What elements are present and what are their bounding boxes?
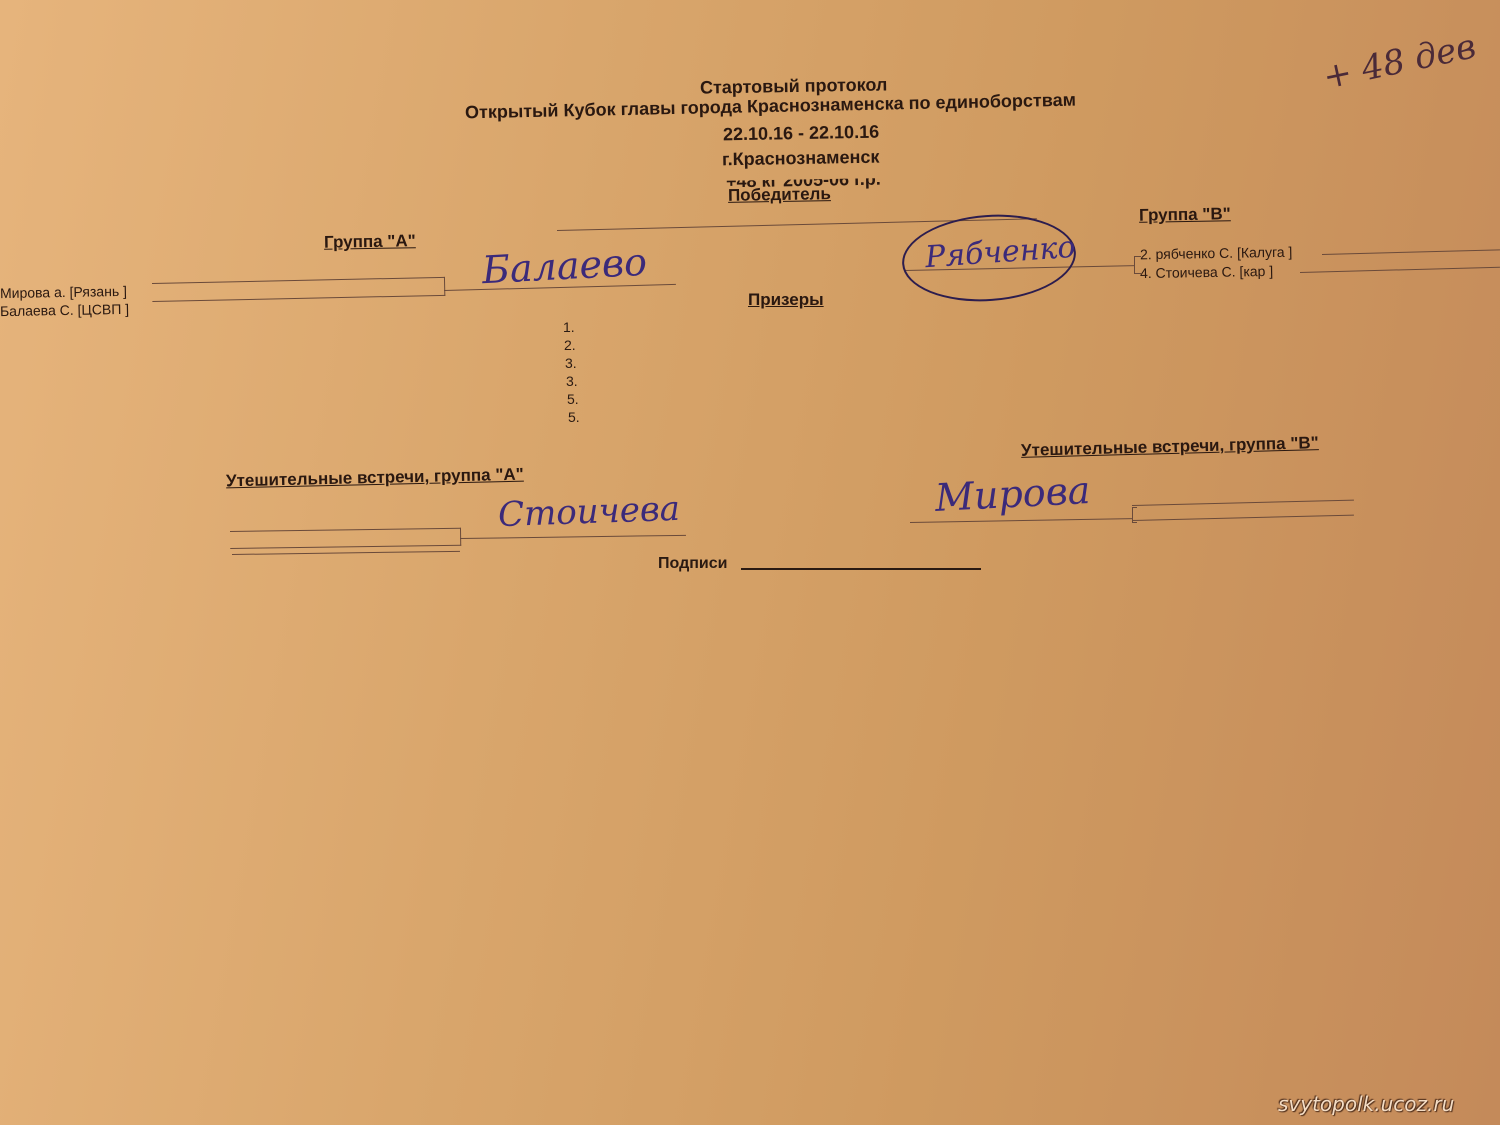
consolation-a-final-line [460, 535, 686, 539]
prize-place-3a: 3. [565, 355, 577, 371]
competition-city: г.Краснознаменск [722, 147, 880, 171]
consolation-a-winner-handwritten: Стоичева [497, 489, 680, 535]
group-a-heading: Группа "A" [324, 231, 416, 253]
site-watermark: svytopolk.ucoz.ru [1278, 1092, 1454, 1116]
consolation-b-bracket [1132, 507, 1137, 523]
consolation-b-winner-handwritten: Мирова [934, 468, 1091, 520]
group-b-bracket [1134, 256, 1141, 274]
group-b-participant-1: 2. рябченко С. [Калуга ] [1140, 244, 1293, 263]
participant-club: [кар ] [1239, 263, 1273, 280]
consolation-a-heading: Утешительные встречи, группа "A" [226, 465, 524, 492]
group-a-participant-2: Балаева С. [ЦСВП ] [0, 301, 129, 319]
participant-name: Мирова а. [0, 284, 66, 301]
winner-heading: Победитель [728, 184, 831, 206]
prize-place-5b: 5. [568, 409, 580, 425]
participant-name: Балаева С. [0, 302, 74, 319]
group-a-participant-1: Мирова а. [Рязань ] [0, 283, 127, 301]
participant-club: [Рязань ] [69, 283, 127, 300]
prizes-heading: Призеры [748, 290, 824, 310]
consolation-b-line-1 [1132, 500, 1354, 506]
signatures-line [741, 568, 981, 570]
participant-club: [ЦСВП ] [77, 301, 129, 318]
participant-name: 4. Стоичева С. [1140, 263, 1236, 281]
prize-place-5a: 5. [567, 391, 579, 407]
consolation-a-bracket [230, 528, 461, 549]
handwritten-category-note: + 48 дев [1320, 26, 1480, 97]
consolation-b-heading: Утешительные встречи, группа "B" [1021, 433, 1319, 461]
group-b-heading: Группа "B" [1139, 204, 1231, 226]
competition-dates: 22.10.16 - 22.10.16 [723, 122, 879, 146]
group-a-bracket [152, 277, 445, 302]
prize-place-2: 2. [564, 337, 576, 353]
participant-club: [Калуга ] [1237, 244, 1293, 261]
prize-place-1: 1. [563, 319, 575, 335]
group-b-line-1 [1322, 249, 1500, 255]
group-a-winner-handwritten: Балаево [481, 240, 648, 293]
protocol-sheet: Стартовый протокол Открытый Кубок главы … [0, 0, 1500, 1125]
prize-place-3b: 3. [566, 373, 578, 389]
consolation-a-line [232, 551, 460, 555]
group-b-line-2 [1300, 267, 1500, 273]
group-b-participant-2: 4. Стоичева С. [кар ] [1140, 263, 1273, 281]
signatures-label: Подписи [658, 555, 727, 573]
participant-name: 2. рябченко С. [1140, 245, 1233, 263]
consolation-b-line-2 [1132, 515, 1354, 521]
